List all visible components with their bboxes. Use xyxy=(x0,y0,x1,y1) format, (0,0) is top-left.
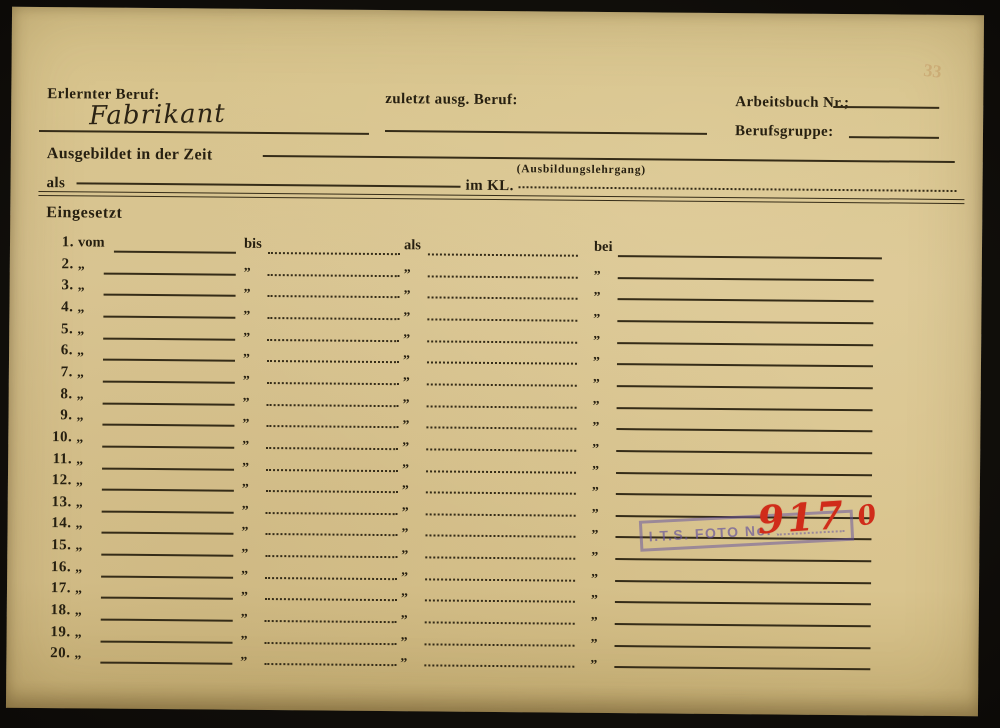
ditto-mark: „ xyxy=(593,391,601,407)
entry-blank-line xyxy=(427,392,577,408)
entry-blank-line xyxy=(103,367,235,383)
entry-blank-line xyxy=(103,389,235,405)
ditto-mark: „ xyxy=(74,647,82,663)
ditto-mark: „ xyxy=(401,606,409,622)
ditto-mark: „ xyxy=(592,456,600,472)
row-number: 15. xyxy=(31,537,71,554)
entry-blank-line xyxy=(264,650,396,666)
its-foto-stamp-label: I.T.S. FOTO No. xyxy=(648,521,772,543)
entry-blank-line xyxy=(425,543,575,559)
entry-blank-line xyxy=(617,350,873,367)
entry-blank-line xyxy=(428,262,578,278)
row-number: 7. xyxy=(33,364,73,381)
ditto-mark: „ xyxy=(402,433,410,449)
ditto-mark: „ xyxy=(242,410,250,426)
entry-blank-line xyxy=(101,584,233,600)
entry-blank-line xyxy=(101,519,233,535)
entry-blank-line xyxy=(614,653,870,670)
ditto-mark: „ xyxy=(403,368,411,384)
ditto-mark: „ xyxy=(403,303,411,319)
ditto-mark: „ xyxy=(594,261,602,277)
ditto-mark: „ xyxy=(76,409,84,425)
entry-blank-line xyxy=(427,327,577,343)
entry-blank-line xyxy=(426,457,576,473)
stamp-number-handwritten: 917 xyxy=(756,492,847,542)
ditto-mark: „ xyxy=(76,430,84,446)
entry-blank-line xyxy=(424,652,574,668)
entry-blank-line xyxy=(266,434,398,450)
entry-blank-line xyxy=(618,264,874,281)
row-number: 14. xyxy=(31,515,71,532)
row-number: 1. xyxy=(34,234,74,251)
ditto-mark: „ xyxy=(242,453,250,469)
ditto-mark: „ xyxy=(244,258,252,274)
entry-blank-line xyxy=(103,303,235,319)
entry-blank-line xyxy=(616,459,872,476)
entry-blank-line xyxy=(616,415,872,432)
entry-blank-line xyxy=(616,437,872,454)
row-number: 19. xyxy=(31,624,71,641)
entry-blank-line xyxy=(265,629,397,645)
ditto-mark: „ xyxy=(402,411,410,427)
entry-blank-line xyxy=(267,391,399,407)
ditto-mark: „ xyxy=(404,260,412,276)
ditto-mark: „ xyxy=(592,478,600,494)
ditto-mark: „ xyxy=(401,628,409,644)
ditto-mark: „ xyxy=(401,541,409,557)
row-number: 17. xyxy=(31,580,71,597)
ditto-mark: „ xyxy=(591,521,599,537)
entry-blank-line xyxy=(426,479,576,495)
row-number: 3. xyxy=(34,277,74,294)
entry-blank-line xyxy=(268,239,400,255)
ditto-mark: „ xyxy=(75,560,83,576)
ditto-mark: „ xyxy=(401,585,409,601)
ditto-mark: „ xyxy=(242,475,250,491)
ditto-mark: „ xyxy=(402,476,410,492)
ditto-mark: „ xyxy=(591,543,599,559)
ditto-mark: „ xyxy=(241,540,249,556)
ditto-mark: „ xyxy=(75,538,83,554)
entry-blank-line xyxy=(100,649,232,665)
entry-blank-line xyxy=(428,240,578,256)
entry-blank-line xyxy=(102,411,234,427)
entry-blank-line xyxy=(426,500,576,516)
ditto-mark: „ xyxy=(76,495,84,511)
ditto-mark: „ xyxy=(76,473,84,489)
row-number: 6. xyxy=(33,342,73,359)
entry-blank-line xyxy=(266,412,398,428)
entry-blank-line xyxy=(114,238,236,254)
row-number: 16. xyxy=(31,559,71,576)
ditto-mark: „ xyxy=(243,367,251,383)
entry-blank-line xyxy=(615,567,871,584)
ditto-mark: „ xyxy=(592,435,600,451)
ditto-mark: „ xyxy=(78,279,86,295)
ditto-mark: „ xyxy=(400,650,408,666)
entry-blank-line xyxy=(102,432,234,448)
ditto-mark: „ xyxy=(241,562,249,578)
entry-blank-line xyxy=(425,608,575,624)
ditto-mark: „ xyxy=(243,345,251,361)
entry-blank-line xyxy=(618,285,874,302)
entry-blank-line xyxy=(267,369,399,385)
ditto-mark: „ xyxy=(77,300,85,316)
row-number: 12. xyxy=(32,472,72,489)
ditto-mark: „ xyxy=(77,344,85,360)
ditto-mark: „ xyxy=(403,346,411,362)
entry-blank-line xyxy=(615,632,871,649)
ditto-mark: „ xyxy=(241,605,249,621)
entry-blank-line xyxy=(426,435,576,451)
ditto-mark: „ xyxy=(591,630,599,646)
ditto-mark: „ xyxy=(594,283,602,299)
row-number: 4. xyxy=(33,299,73,316)
entry-blank-line xyxy=(425,630,575,646)
entry-blank-line xyxy=(618,242,882,259)
ditto-mark: „ xyxy=(402,498,410,514)
ditto-mark: „ xyxy=(75,582,83,598)
scanned-form-card: 33 Erlernter Beruf: Fabrikant zuletzt au… xyxy=(6,7,984,716)
entry-blank-line xyxy=(104,281,236,297)
entry-blank-line xyxy=(101,541,233,557)
ditto-mark: „ xyxy=(242,497,250,513)
ditto-mark: „ xyxy=(241,626,249,642)
row-number: 11. xyxy=(32,450,72,467)
entry-blank-line xyxy=(267,347,399,363)
ditto-mark: „ xyxy=(78,257,86,273)
ditto-mark: „ xyxy=(401,520,409,536)
ditto-mark: „ xyxy=(590,651,598,667)
entry-blank-line xyxy=(427,305,577,321)
row-number: 9. xyxy=(32,407,72,424)
entry-blank-line xyxy=(265,585,397,601)
entry-blank-line xyxy=(265,520,397,536)
ditto-mark: „ xyxy=(242,432,250,448)
ditto-mark: „ xyxy=(403,325,411,341)
ditto-mark: „ xyxy=(75,603,83,619)
column-label-bei: bei xyxy=(594,239,613,256)
entry-blank-line xyxy=(266,477,398,493)
ditto-mark: „ xyxy=(243,388,251,404)
ditto-mark: „ xyxy=(240,648,248,664)
entry-blank-line xyxy=(266,499,398,515)
row-number: 18. xyxy=(31,602,71,619)
entry-blank-line xyxy=(425,565,575,581)
column-label-vom: vom xyxy=(78,234,105,251)
entry-blank-line xyxy=(103,324,235,340)
ditto-mark: „ xyxy=(593,370,601,386)
entry-blank-line xyxy=(617,307,873,324)
row-number: 5. xyxy=(33,321,73,338)
ditto-mark: „ xyxy=(243,323,251,339)
entry-blank-line xyxy=(267,304,399,320)
ditto-mark: „ xyxy=(241,518,249,534)
entry-blank-line xyxy=(266,456,398,472)
entry-blank-line xyxy=(425,522,575,538)
ditto-mark: „ xyxy=(77,322,85,338)
ditto-mark: „ xyxy=(402,455,410,471)
entry-blank-line xyxy=(617,329,873,346)
ditto-mark: „ xyxy=(592,500,600,516)
entry-blank-line xyxy=(102,454,234,470)
entry-blank-line xyxy=(265,542,397,558)
ditto-mark: „ xyxy=(592,413,600,429)
row-number: 10. xyxy=(32,429,72,446)
employment-table: 1.vombisalsbei2.„„„„3.„„„„4.„„„„5.„„„„6.… xyxy=(6,7,984,716)
ditto-mark: „ xyxy=(77,387,85,403)
entry-blank-line xyxy=(427,349,577,365)
ditto-mark: „ xyxy=(403,390,411,406)
entry-blank-line xyxy=(101,606,233,622)
entry-blank-line xyxy=(267,326,399,342)
row-number: 13. xyxy=(32,494,72,511)
ditto-mark: „ xyxy=(401,563,409,579)
entry-blank-line xyxy=(268,282,400,298)
entry-blank-line xyxy=(428,284,578,300)
ditto-mark: „ xyxy=(241,583,249,599)
entry-blank-line xyxy=(101,562,233,578)
entry-blank-line xyxy=(104,259,236,275)
entry-blank-line xyxy=(615,588,871,605)
ditto-mark: „ xyxy=(593,305,601,321)
ditto-mark: „ xyxy=(404,281,412,297)
entry-blank-line xyxy=(265,564,397,580)
entry-blank-line xyxy=(103,346,235,362)
entry-blank-line xyxy=(426,414,576,430)
entry-blank-line xyxy=(102,476,234,492)
row-number: 2. xyxy=(34,256,74,273)
ditto-mark: „ xyxy=(243,302,251,318)
entry-blank-line xyxy=(268,261,400,277)
column-label-als: als xyxy=(404,237,421,254)
ditto-mark: „ xyxy=(76,452,84,468)
ditto-mark: „ xyxy=(591,586,599,602)
entry-blank-line xyxy=(427,370,577,386)
ditto-mark: „ xyxy=(77,365,85,381)
entry-blank-line xyxy=(101,627,233,643)
entry-blank-line xyxy=(617,394,873,411)
ditto-mark: „ xyxy=(591,565,599,581)
ditto-mark: „ xyxy=(75,625,83,641)
column-label-bis: bis xyxy=(244,236,262,253)
ditto-mark: „ xyxy=(244,280,252,296)
ditto-mark: „ xyxy=(593,348,601,364)
entry-blank-line xyxy=(425,587,575,603)
ditto-mark: „ xyxy=(591,608,599,624)
entry-blank-line xyxy=(615,610,871,627)
entry-blank-line xyxy=(617,372,873,389)
entry-blank-line xyxy=(265,607,397,623)
ditto-mark: „ xyxy=(75,517,83,533)
row-number: 8. xyxy=(33,386,73,403)
ditto-mark: „ xyxy=(593,326,601,342)
scan-background: 33 Erlernter Beruf: Fabrikant zuletzt au… xyxy=(0,0,1000,728)
entry-blank-line xyxy=(102,497,234,513)
row-number: 20. xyxy=(30,645,70,662)
